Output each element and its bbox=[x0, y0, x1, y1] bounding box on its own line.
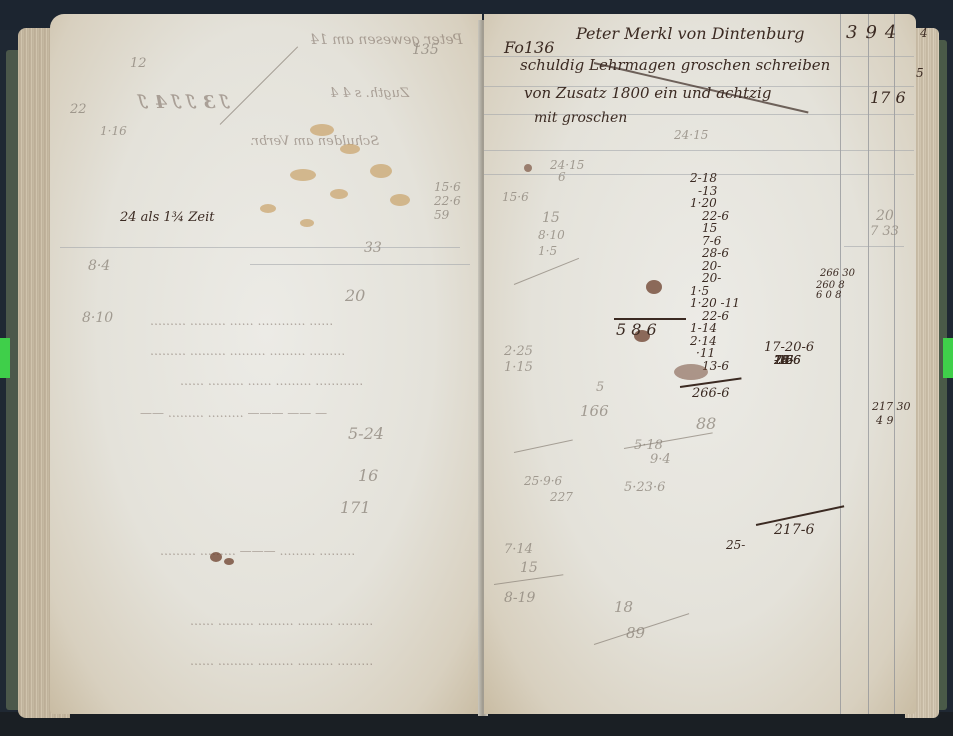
margin-number: 12 bbox=[130, 56, 147, 71]
calc-entry: 13-6 bbox=[702, 360, 752, 373]
bleed-through-text: — —— ——— ……… ……… —— bbox=[140, 406, 327, 420]
calc-entry: 2-18 bbox=[690, 172, 740, 185]
pencil-calc: 5 bbox=[596, 380, 604, 395]
bleed-through-text: ……… ……… ……… ……… …… bbox=[190, 654, 373, 668]
stain bbox=[330, 189, 348, 199]
green-marker-left bbox=[0, 338, 10, 378]
amount: 15·6 bbox=[434, 180, 461, 194]
amount: 59 bbox=[434, 208, 449, 222]
ink-blot bbox=[674, 364, 708, 380]
pencil-sum: 15 bbox=[542, 210, 560, 226]
header-amount: 17 6 bbox=[870, 88, 906, 107]
pencil-sum: 24·15 bbox=[674, 128, 708, 142]
pencil-calc: 9·4 bbox=[650, 452, 671, 467]
amount: 22·6 bbox=[434, 194, 461, 208]
pencil-calc: 2·25 bbox=[504, 344, 533, 359]
pencil-calc: 88 bbox=[696, 414, 716, 433]
ruled-line bbox=[484, 150, 914, 151]
side-calc: 266 30 bbox=[820, 268, 855, 279]
stain bbox=[370, 164, 392, 178]
ink-blot bbox=[646, 280, 662, 294]
amount: 171 bbox=[340, 498, 371, 517]
folio-number: 135 bbox=[412, 42, 439, 58]
faint-entry: 20 bbox=[876, 208, 894, 224]
bleed-through-text: ………… ……… …… ……… …… bbox=[180, 374, 363, 388]
ink-blot bbox=[524, 164, 532, 172]
account-text: schuldig Lehrmagen groschen schreiben bbox=[520, 56, 830, 74]
pencil-line bbox=[220, 46, 298, 124]
pencil-sum: 24·15 bbox=[550, 158, 584, 172]
ruled-column bbox=[840, 14, 841, 714]
pencil-calc: 15 bbox=[520, 560, 538, 576]
stain bbox=[290, 169, 316, 181]
folio-number: Fo136 bbox=[504, 38, 554, 57]
side-calc: 6 0 8 bbox=[816, 290, 841, 301]
bleed-through-text: ……… ……… ……… ……… ……… bbox=[150, 344, 345, 358]
pencil-sum: 15·6 bbox=[502, 190, 529, 204]
stain bbox=[310, 124, 334, 136]
pencil-sum: 6 bbox=[558, 170, 566, 184]
pencil-calc: 166 bbox=[580, 402, 609, 420]
right-page: Fo136 Peter Merkl von Dintenburg 394 4 s… bbox=[484, 14, 916, 714]
pencil-calc: 18 bbox=[614, 598, 633, 616]
amount: 33 bbox=[364, 240, 382, 256]
margin-number: 22 bbox=[70, 102, 87, 117]
ledger-line: 24 als 1¾ Zeit bbox=[120, 210, 215, 225]
calc-entry: 1·20 -11 bbox=[690, 297, 740, 310]
calc-entry: 15 bbox=[702, 222, 752, 235]
crossed-entry: 25- bbox=[726, 538, 745, 552]
margin-number: 8·10 bbox=[82, 310, 113, 326]
amount: 20 bbox=[345, 286, 365, 305]
ruled-column bbox=[894, 14, 895, 714]
margin-mark: 5 bbox=[916, 66, 924, 80]
pencil-line bbox=[514, 258, 579, 285]
pencil-line bbox=[514, 440, 573, 453]
ruled-column bbox=[868, 14, 869, 714]
stain bbox=[300, 219, 314, 227]
column-entry: 4 9 bbox=[876, 414, 894, 427]
account-header: Peter Merkl von Dintenburg bbox=[576, 24, 805, 43]
calc-entry: 1-14 bbox=[690, 322, 740, 335]
faint-entry: 7 33 bbox=[870, 224, 899, 239]
pencil-calc: 1·15 bbox=[504, 360, 533, 375]
pencil-calc: 25·9·6 bbox=[524, 474, 562, 488]
bleed-through-text: ……… ……… ——— ……… ……… bbox=[160, 544, 355, 558]
account-text: mit groschen bbox=[534, 110, 627, 126]
account-text: von Zusatz 1800 ein und achtzig bbox=[524, 84, 771, 102]
bleed-through-text: …… ………… …… ……… ……… bbox=[150, 314, 333, 328]
pencil-calc: 8-19 bbox=[504, 590, 535, 606]
ruled-line bbox=[60, 247, 460, 248]
ruled-line bbox=[250, 264, 470, 265]
pencil-calc: 227 bbox=[550, 490, 573, 504]
calc-entry: 28-6 bbox=[702, 247, 752, 260]
bleed-through-text: Zugth. s 4 4 bbox=[330, 86, 409, 101]
margin-number: 8·4 bbox=[88, 258, 110, 274]
pencil-sum: 8·10 bbox=[538, 228, 565, 242]
ink-blot bbox=[210, 552, 222, 562]
main-calc-column: 2-18 -13 1·20 22-6 15 7-6 28-6 20- 20- 1… bbox=[690, 172, 740, 372]
pencil-sum: 1·5 bbox=[538, 244, 557, 258]
calc-entry: ·11 bbox=[696, 347, 746, 360]
bleed-through-text: ℐ 3 ℐ ℐ 4 ℐ bbox=[140, 92, 230, 113]
pencil-calc: 7·14 bbox=[504, 542, 533, 557]
margin-number: 1·16 bbox=[100, 124, 127, 138]
backdrop-bottom bbox=[0, 712, 953, 736]
ruled-line bbox=[844, 246, 904, 247]
amount: 5-24 bbox=[348, 424, 384, 443]
left-page: Peter gewesen am 14 135 12 22 1·16 8·4 8… bbox=[50, 14, 482, 714]
stain bbox=[260, 204, 276, 213]
stain bbox=[340, 144, 360, 154]
stain bbox=[390, 194, 410, 206]
calc-total: 266-6 bbox=[692, 386, 729, 401]
calc-entry: 20- bbox=[702, 272, 752, 285]
amount: 16 bbox=[358, 466, 378, 485]
calc-entry: 1·20 bbox=[690, 197, 740, 210]
calc-entry: 25- bbox=[774, 354, 793, 367]
bleed-through-text: ……… ……… ……… ……… …… bbox=[190, 614, 373, 628]
pencil-calc: 5·23·6 bbox=[624, 480, 665, 495]
page-number: 394 bbox=[846, 22, 904, 43]
bleed-through-text: Schulden am Verbr. bbox=[250, 134, 379, 149]
bleed-through-text: Peter gewesen am 14 bbox=[310, 32, 462, 48]
ink-blot bbox=[224, 558, 234, 565]
calc-fragment: 5 8 6 bbox=[616, 320, 657, 339]
margin-mark: 4 bbox=[920, 26, 928, 40]
calc-total: 217-6 bbox=[774, 522, 814, 538]
green-marker-right bbox=[943, 338, 953, 378]
column-entry: 217 30 bbox=[872, 400, 911, 413]
